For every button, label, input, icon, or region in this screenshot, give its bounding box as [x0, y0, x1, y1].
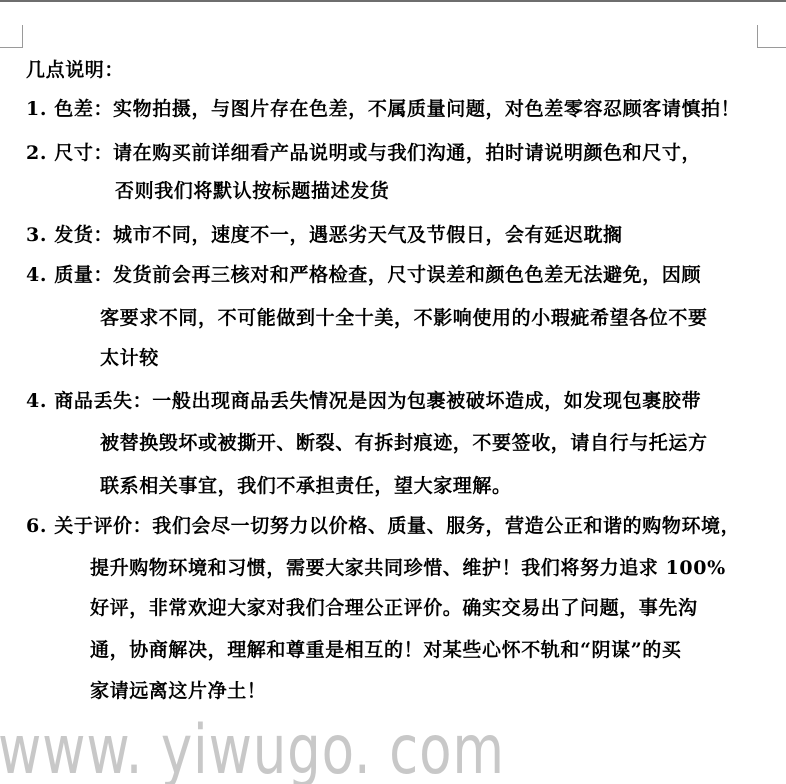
section-reviews-line-3: 好评，非常欢迎大家对我们合理公正评价。确实交易出了问题，事先沟 — [90, 596, 698, 620]
section-quality-line-2: 客要求不同，不可能做到十全十美，不影响使用的小瑕疵希望各位不要 — [100, 306, 708, 330]
section-shipping-line-1: 3. 发货：城市不同，速度不一，遇恶劣天气及节假日，会有延迟耽搁 — [26, 223, 623, 247]
section-lost-goods-line-3: 联系相关事宜，我们不承担责任，望大家理解。 — [100, 474, 512, 498]
section-size-line-1: 2. 尺寸：请在购买前详细看产品说明或与我们沟通，拍时请说明颜色和尺寸， — [26, 141, 701, 165]
page-top-border — [0, 0, 786, 2]
page-corner-mark-right — [757, 25, 786, 48]
section-quality-line-3: 太计较 — [100, 346, 159, 370]
section-color-difference-line-1: 1. 色差：实物拍摄，与图片存在色差，不属质量问题，对色差零容忍顾客请慎拍！ — [26, 97, 740, 121]
section-size-line-2: 否则我们将默认按标题描述发货 — [115, 179, 389, 203]
section-lost-goods-line-1: 4. 商品丢失：一般出现商品丢失情况是因为包裹被破坏造成，如发现包裹胶带 — [26, 389, 701, 413]
section-reviews-line-1: 6. 关于评价：我们会尽一切努力以价格、质量、服务，营造公正和谐的购物环境， — [26, 514, 740, 538]
section-reviews-line-5: 家请远离这片净土！ — [90, 679, 266, 703]
page-corner-mark-left — [0, 25, 23, 48]
section-reviews-line-2: 提升购物环境和习惯，需要大家共同珍惜、维护！我们将努力追求 100% — [90, 556, 726, 580]
document-title: 几点说明： — [26, 58, 124, 82]
watermark-text: www. yiwugo. com — [0, 718, 505, 784]
section-quality-line-1: 4. 质量：发货前会再三核对和严格检查，尺寸误差和颜色色差无法避免，因顾 — [26, 263, 701, 287]
section-reviews-line-4: 通，协商解决，理解和尊重是相互的！对某些心怀不轨和“阴谋”的买 — [90, 638, 681, 662]
section-lost-goods-line-2: 被替换毁坏或被撕开、断裂、有拆封痕迹，不要签收，请自行与托运方 — [100, 431, 708, 455]
